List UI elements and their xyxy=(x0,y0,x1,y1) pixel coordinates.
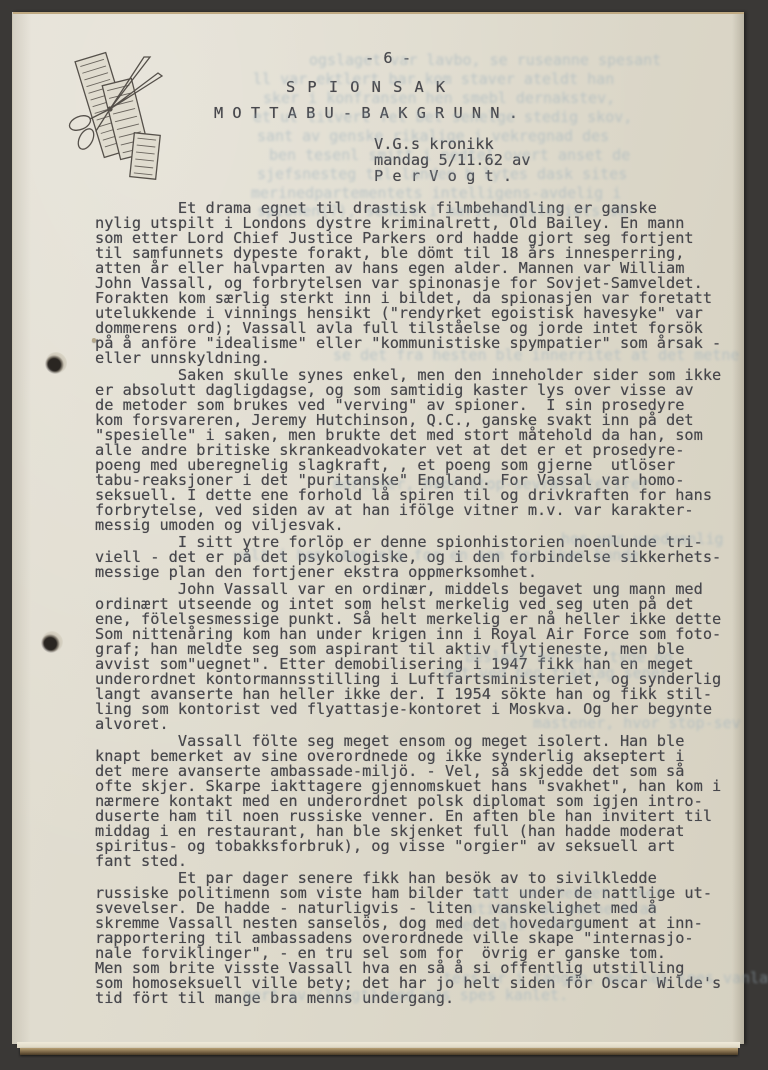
document-body: Et drama egnet til drastisk filmbehandli… xyxy=(95,201,755,1006)
page-stack-edge xyxy=(20,1048,738,1055)
paragraph: Saken skulle synes enkel, men den inneho… xyxy=(95,368,755,533)
paragraph: Et drama egnet til drastisk filmbehandli… xyxy=(95,201,755,366)
document-title-line1: S P I O N S A K xyxy=(286,78,447,96)
punch-hole-bottom xyxy=(41,631,63,653)
page: - 6 - S P I O N S A K M O T T A B U - B … xyxy=(13,12,744,1044)
document-title-line2: M O T T A B U - B A K G R U N N . xyxy=(214,104,518,122)
byline-date: mandag 5/11.62 av xyxy=(374,152,531,168)
paragraph: John Vassall var en ordinær, middels beg… xyxy=(95,582,755,732)
paragraph: I sitt ytre forlöp er denne spionhistori… xyxy=(95,535,755,580)
paragraph: Vassall fölte seg meget ensom og meget i… xyxy=(95,734,755,869)
page-number: - 6 - xyxy=(365,49,411,67)
bleedthrough-fragment: ogslaget var lavbo, se ruseanne spesant xyxy=(309,51,661,69)
byline-author: P e r V o g t . xyxy=(374,168,531,184)
scanned-document-photo: { "page": { "number_label": "- 6 -", "ti… xyxy=(0,0,768,1070)
paragraph: Et par dager senere fikk han besök av to… xyxy=(95,871,755,1006)
punch-hole-top xyxy=(45,352,67,374)
paper-speck xyxy=(92,338,96,342)
scissors-clippings-illustration xyxy=(68,49,186,199)
byline: V.G.s kronikk mandag 5/11.62 av P e r V … xyxy=(374,136,531,184)
byline-source: V.G.s kronikk xyxy=(374,136,531,152)
